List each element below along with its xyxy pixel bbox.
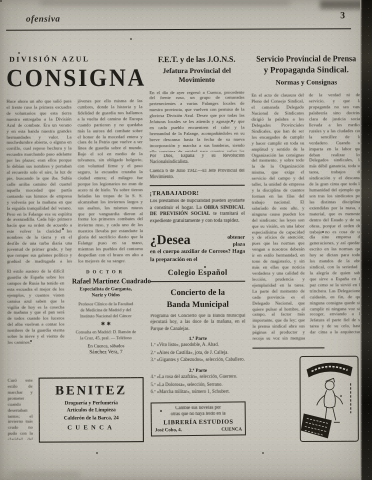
jefatura-title-line2: Movimiento [149, 75, 244, 84]
illustrated-ad [298, 352, 360, 444]
jefatura-signature-line2: Cuenca 6 de Julio 1942.—El Jefe Provinci… [150, 168, 245, 181]
libreria-ad-city: CUENCA [221, 428, 242, 433]
paper-specks [0, 0, 2, 2]
doctor-detail-line3: Instituto Nacional del Cáncer [70, 313, 141, 319]
program-item: 6.º «Marcha militar», número 1, Schubert… [151, 390, 246, 397]
libreria-ad-name: LIBRERÍA ESTUDIOS [155, 419, 242, 427]
scan-smudge-top [40, 0, 290, 5]
masthead-title: ofensiva [26, 14, 60, 24]
header-divider [6, 28, 351, 31]
servicio-title: Servicio Provincial de Prensa y Propagan… [251, 53, 361, 76]
consigna-bottom-row: Curó este estilo de marchar y prometer c… [8, 377, 144, 443]
doctor-ad-consulta: Consulta en Madrid: D. Ramón de la Cruz,… [70, 329, 141, 341]
concierto-part1-label: 1.ª Parte [150, 336, 245, 341]
consigna-headline: CONSIGNA [6, 64, 142, 93]
ad-figure-sketch [317, 379, 343, 424]
libreria-ad-address-row: José Cobo, 4. CUENCA [155, 428, 242, 434]
desea-ad: ¿Desea obtener plaza en el cuerpo auxili… [150, 232, 245, 277]
doctor-ad-specialty: Especialista de Garganta, Nariz y Oídos [70, 287, 141, 300]
program-item: 5.º «La Dolorosa», selección, Serrano. [151, 382, 246, 389]
concierto-part2-label: 2.ª Parte [151, 368, 246, 373]
servicio-end-divider [252, 348, 324, 349]
servicio-body-text: En el acto de clausura del Pleno del Con… [251, 93, 362, 343]
desea-ad-body: en el cuerpo auxiliar de Correos? Haga l… [150, 249, 245, 264]
consigna-body-text: Hace ahora un año que salió para el fren… [6, 98, 143, 265]
consigna-body-continued: El estilo austero de la difícil guardia … [7, 269, 64, 373]
jefatura-title-line1: Jefatura Provincial del [149, 67, 244, 76]
ad-banner [307, 363, 353, 378]
trabajador-notice-text: Los préstamos de nupcialidad pueden ayud… [150, 199, 245, 226]
page-content: ofensiva 3 DIVISIÓN AZUL CONSIGNA Hace a… [0, 0, 359, 480]
concierto-title-line2: Banda Municipal [150, 298, 245, 310]
scan-smudge-bottom [10, 472, 80, 478]
program-item: 2.º «Aires de Castilla», jota, de J. Cal… [150, 351, 245, 358]
newsprint-paper: ofensiva 3 DIVISIÓN AZUL CONSIGNA Hace a… [0, 0, 372, 480]
doctor-specialty-line1: Especialista de Garganta, [70, 287, 141, 294]
column-servicio: Servicio Provincial de Prensa y Propagan… [251, 33, 363, 444]
jefatura-signature-line1: Por Dios, España y su Revolución Naciona… [150, 154, 245, 167]
program-item: 1.º «Vito listo», pasodoble, A. Abad. [150, 343, 245, 350]
ornament-icon: ✱ ✱ [70, 321, 141, 327]
concierto-title-line1: Concierto de la [150, 287, 245, 299]
desea-small-line2: plaza [196, 241, 246, 248]
page-number: 3 [340, 11, 345, 21]
benitez-ad-name: BENITEZ [42, 382, 141, 398]
benitez-ad-city: CUENCA [42, 424, 141, 431]
concierto-title: Concierto de la Banda Municipal [150, 287, 245, 311]
desea-ad-big-text: ¿Desea [150, 232, 191, 248]
benitez-ad-line1: Droguería y Perfumería [42, 400, 141, 406]
doctor-ad-address: Sánchez Vera, 7 [70, 349, 141, 355]
scan-edge-strip [360, 0, 372, 480]
section-divider [150, 185, 245, 186]
doctor-ad: DOCTOR Rafael Martínez Cuadrado Especial… [70, 268, 141, 372]
ad-illustration-graphic [298, 352, 360, 444]
consigna-body-tail: Curó este estilo de marchar y prometer c… [8, 378, 33, 440]
libreria-ad: Cambie sus novelas por otras que no haya… [151, 402, 246, 438]
benitez-ad-line2: Artículos de Limpieza [42, 407, 141, 413]
desea-ad-school-name: Colegio Español [150, 268, 245, 277]
jefatura-body-text: En el día de ayer regresó a Cuenca, proc… [149, 89, 244, 151]
program-item: 3.º «Gigantes y Cabezudos», selección, C… [151, 358, 246, 365]
columns-container: DIVISIÓN AZUL CONSIGNA Hace ahora un año… [6, 33, 358, 445]
benitez-ad-line3: Calderón de la Barca, 24 [42, 415, 141, 421]
servicio-subtitle: Normas y Consignas [251, 79, 361, 87]
doctor-ad-kicker: DOCTOR [70, 270, 141, 275]
jefatura-title: Jefatura Provincial del Movimiento [149, 67, 244, 85]
consigna-kicker: DIVISIÓN AZUL [9, 54, 142, 64]
doctor-ad-schedule: En Cuenca, sábados [70, 343, 141, 348]
section-divider [150, 281, 245, 282]
servicio-title-line2: y Propaganda Sindical. [264, 64, 349, 74]
ad-dark-label [301, 414, 332, 439]
column-center: F.E.T. y de las J.O.N.S. Jefatura Provin… [149, 34, 246, 445]
benitez-ad: BENITEZ Droguería y Perfumería Artículos… [39, 377, 144, 442]
desea-ad-header: ¿Desea obtener plaza [150, 232, 245, 248]
concierto-intro: Programa del Concierto que la Banda muni… [150, 314, 245, 333]
jefatura-org-title: F.E.T. y de las J.O.N.S. [151, 55, 243, 64]
trabajador-notice-title: ¡TRABAJADOR! [150, 191, 245, 197]
servicio-title-line1: Servicio Provincial de Prensa [255, 53, 357, 65]
program-item: 4.º «La rosa del azafrán», selección, Gu… [151, 375, 246, 382]
consigna-lower-row: El estilo austero de la difícil guardia … [7, 268, 143, 373]
column-consigna: DIVISIÓN AZUL CONSIGNA Hace ahora un año… [6, 34, 144, 445]
desea-ad-small-text: obtener plaza [195, 235, 245, 249]
newspaper-scan-page: { "page": { "masthead": "ofensiva", "pag… [0, 0, 372, 480]
doctor-ad-detail: Profesor Clínico de la Facultad de Medic… [70, 302, 141, 319]
doctor-consulta-line2: la Cruz, 45, pral. — Teléfono [70, 335, 141, 341]
doctor-specialty-line2: Nariz y Oídos [70, 293, 141, 300]
doctor-ad-name: Rafael Martínez Cuadrado [72, 277, 139, 285]
libreria-ad-street: José Cobo, 4. [155, 428, 182, 433]
